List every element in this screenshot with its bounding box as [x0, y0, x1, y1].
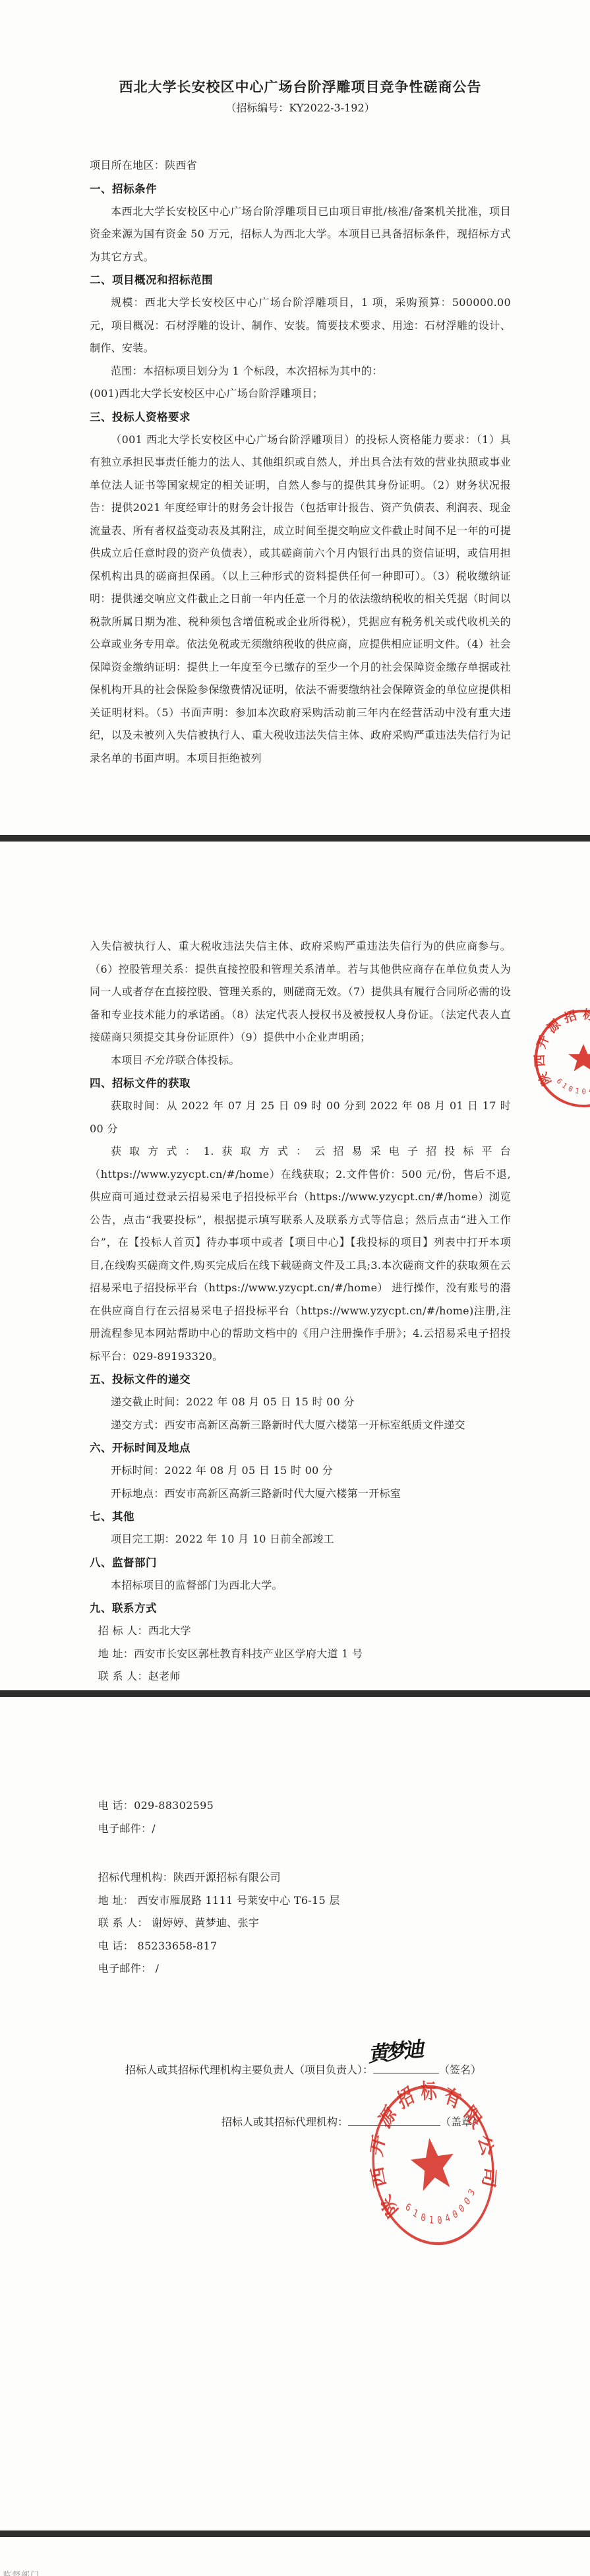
leader-signature-row: 招标人或其招标代理机构主要负责人（项目负责人）：黄梦迪（签名） — [125, 2058, 511, 2081]
section2-scope-line: 范围：本招标项目划分为 1 个标段，本次招标为其中的： — [90, 360, 511, 383]
completion-date-line: 项目完工期：2022 年 10 月 10 日前全部竣工 — [90, 1528, 511, 1551]
document-page-3: 电 话：029-88302595 电子邮件：/ 招标代理机构：陕西开源招标有限公… — [0, 1697, 590, 2530]
tenderee-email-line: 电子邮件：/ — [90, 1818, 511, 1841]
document-page-2: 入失信被执行人、重大税收违法失信主体、政府采购严重违法失信行为的供应商参与。（6… — [0, 842, 590, 1690]
stamp-line — [348, 2116, 440, 2126]
agency-address-line: 地 址： 西安市雁展路 1111 号莱安中心 T6-15 层 — [90, 1889, 511, 1913]
agency-email-line: 电子邮件： / — [90, 1957, 511, 1980]
svg-text:6101040003154: 6101040003154 — [397, 2151, 481, 2231]
tenderee-address-line: 地 址：西安市长安区郭杜教育科技产业区学府大道 1 号 — [90, 1643, 511, 1666]
section2-lot-line: (001)西北大学长安校区中心广场台阶浮雕项目； — [90, 383, 511, 406]
agency-contact-line: 联 系 人： 谢婷婷、黄梦迪、张宇 — [90, 1912, 511, 1935]
agency-line: 招标代理机构：陕西开源招标有限公司 — [90, 1866, 511, 1889]
tender-number: （招标编号：KY2022-3-192） — [90, 98, 511, 119]
section4-heading: 四、招标文件的获取 — [90, 1072, 511, 1095]
tenderee-phone-line: 电 话：029-88302595 — [90, 1794, 511, 1818]
tenderee-line: 招 标 人：西北大学 — [90, 1620, 511, 1643]
section3-paragraph-part1: （001 西北大学长安校区中心广场台阶浮雕项目）的投标人资格能力要求：（1）具有… — [90, 429, 511, 770]
opening-time-line: 开标时间：2022 年 08 月 05 日 15 时 00 分 — [90, 1459, 511, 1483]
tenderee-contact-line: 联 系 人：赵老师 — [90, 1665, 511, 1688]
agency-phone-line: 电 话： 85233658-817 — [90, 1935, 511, 1958]
joint-bid-suffix: 联合体投标。 — [175, 1054, 240, 1066]
leader-signature-suffix: （签名） — [439, 2064, 481, 2076]
document-page-4: 监督部门 — [0, 2537, 590, 2576]
opening-place-line: 开标地点：西安市高新区高新三路新时代大厦六楼第一开标室 — [90, 1483, 511, 1506]
joint-bid-not-allowed: 不允许 — [143, 1054, 175, 1066]
org-stamp-suffix: （盖章） — [440, 2116, 483, 2128]
document-page-1: 西北大学长安校区中心广场台阶浮雕项目竞争性磋商公告 （招标编号：KY2022-3… — [0, 0, 590, 835]
section2-heading: 二、项目概况和招标范围 — [90, 268, 511, 291]
submit-method-line: 递交方式：西安市高新区高新三路新时代大厦六楼第一开标室纸质文件递交 — [90, 1414, 511, 1437]
section9-heading: 九、联系方式 — [90, 1597, 511, 1620]
page-separator — [0, 1690, 590, 1697]
section1-paragraph: 本西北大学长安校区中心广场台阶浮雕项目已由项目审批/核准/备案机关批准，项目资金… — [90, 200, 511, 269]
org-stamp-row: 招标人或其招标代理机构：（盖章） — [221, 2110, 511, 2133]
supervision-line: 本招标项目的监督部门为西北大学。 — [90, 1574, 511, 1597]
section6-heading: 六、开标时间及地点 — [90, 1436, 511, 1459]
submit-deadline-line: 递交截止时间：2022 年 08 月 05 日 15 时 00 分 — [90, 1391, 511, 1414]
signature-line: 黄梦迪 — [373, 2064, 439, 2073]
section3-heading: 三、投标人资格要求 — [90, 406, 511, 429]
partial-bottom-text: 监督部门 — [3, 2568, 40, 2576]
page-separator — [0, 835, 590, 842]
joint-bid-prefix: 本项目 — [111, 1054, 143, 1066]
page-separator — [0, 2530, 590, 2537]
obtain-time-line: 获取时间：从 2022 年 07 月 25 日 09 时 00 分到 2022 … — [90, 1095, 511, 1140]
region-line: 项目所在地区：陕西省 — [90, 154, 511, 177]
seal-number-text: 6101040003154 — [397, 2151, 481, 2231]
section7-heading: 七、其他 — [90, 1505, 511, 1528]
section5-heading: 五、投标文件的递交 — [90, 1368, 511, 1391]
joint-bid-line: 本项目不允许联合体投标。 — [90, 1049, 511, 1072]
handwritten-signature: 黄梦迪 — [367, 2038, 422, 2066]
leader-signature-label: 招标人或其招标代理机构主要负责人（项目负责人）： — [125, 2064, 373, 2076]
section3-paragraph-part2: 入失信被执行人、重大税收违法失信主体、政府采购严重违法失信行为的供应商参与。（6… — [90, 935, 511, 1049]
section2-paragraph: 规模：西北大学长安校区中心广场台阶浮雕项目，1 项，采购预算：500000.00… — [90, 291, 511, 360]
section8-heading: 八、监督部门 — [90, 1551, 511, 1574]
page-title: 西北大学长安校区中心广场台阶浮雕项目竞争性磋商公告 — [90, 77, 511, 98]
org-stamp-label: 招标人或其招标代理机构： — [221, 2116, 348, 2128]
announcement-document: 西北大学长安校区中心广场台阶浮雕项目竞争性磋商公告 （招标编号：KY2022-3… — [0, 0, 590, 2576]
obtain-method-paragraph: 获取方式：1.获取方式：云招易采电子招投标平台（https://www.yzyc… — [90, 1140, 511, 1368]
section1-heading: 一、招标条件 — [90, 177, 511, 200]
